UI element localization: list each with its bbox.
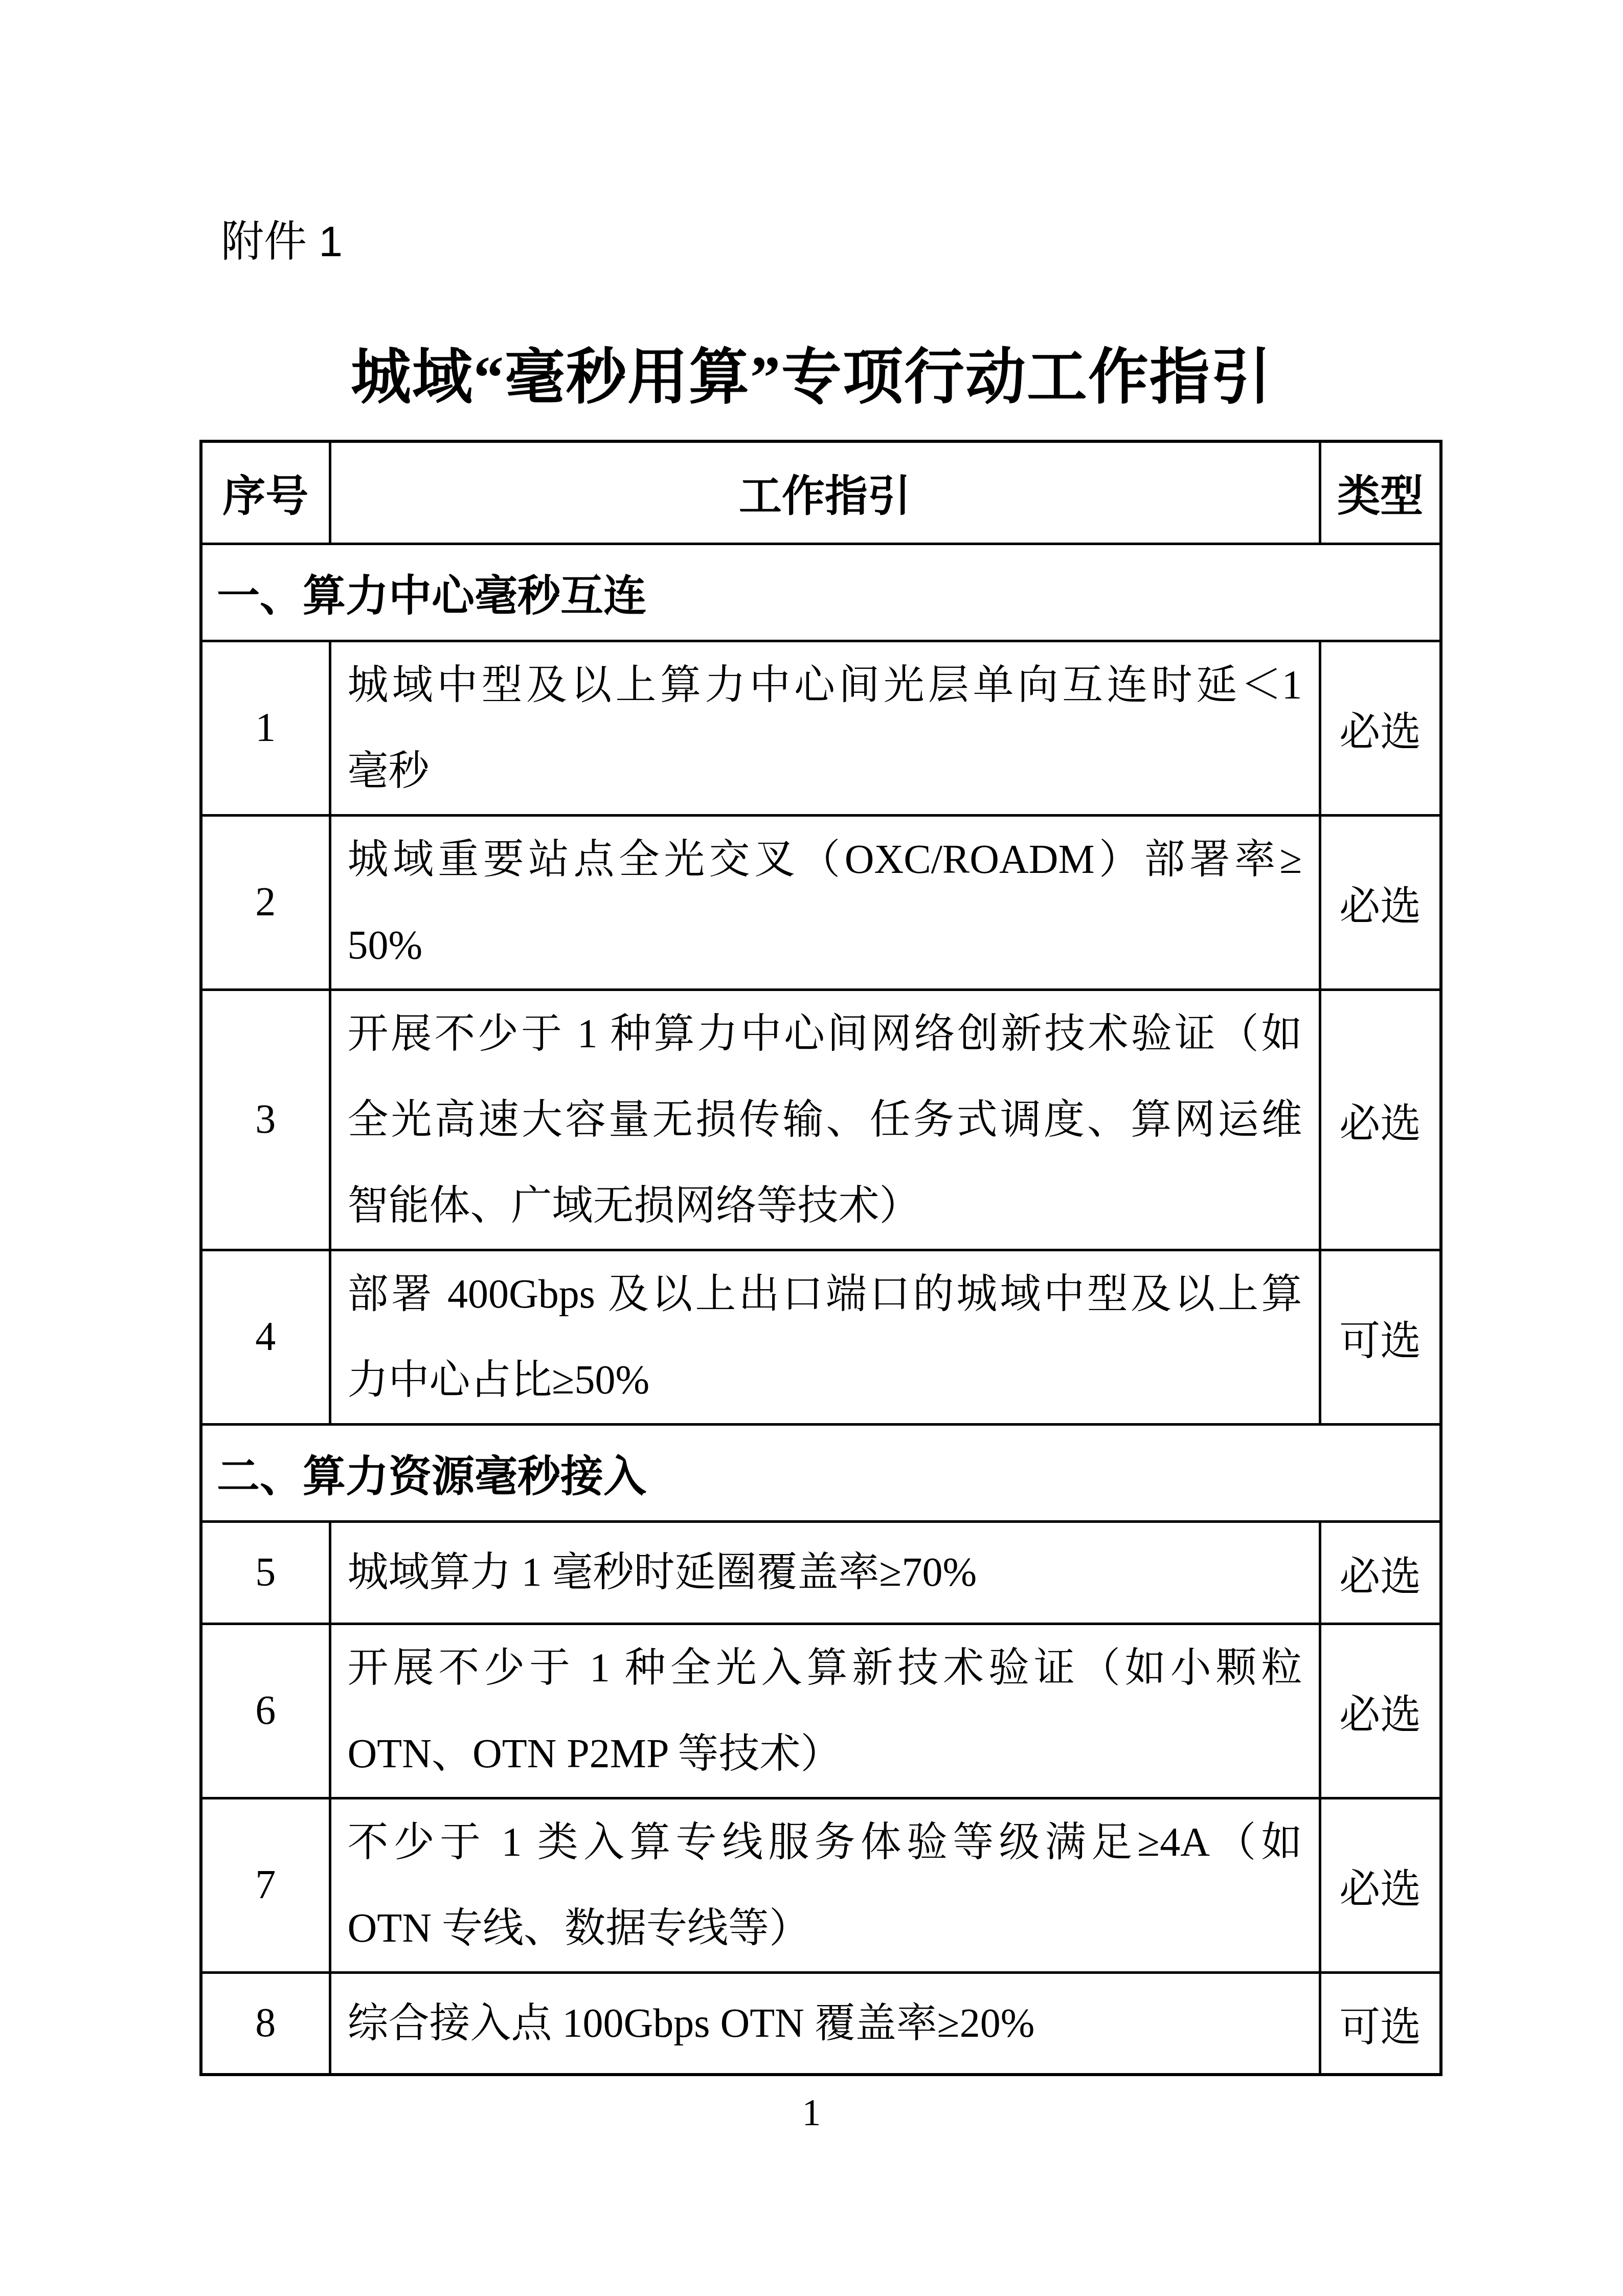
guideline-text-line: 力中心占比≥50% bbox=[348, 1337, 1302, 1423]
document-page: 附件 1 城域“毫秒用算”专项行动工作指引 序号 工作指引 类型 一、算力中心毫… bbox=[0, 0, 1623, 2296]
header-work-guideline: 工作指引 bbox=[330, 441, 1320, 544]
row-number-cell: 8 bbox=[201, 1972, 330, 2075]
type-cell: 必选 bbox=[1320, 1624, 1441, 1798]
attachment-label: 附件 1 bbox=[221, 218, 343, 265]
guideline-row: 8综合接入点 100Gbps OTN 覆盖率≥20%可选 bbox=[201, 1972, 1441, 2075]
type-cell: 必选 bbox=[1320, 1521, 1441, 1624]
row-number-cell: 5 bbox=[201, 1521, 330, 1624]
guideline-text-line: 50% bbox=[348, 903, 1302, 988]
guideline-text-line: 城域算力 1 毫秒时延圈覆盖率≥70% bbox=[348, 1529, 1302, 1615]
section-row: 一、算力中心毫秒互连 bbox=[201, 544, 1441, 641]
row-number-cell: 3 bbox=[201, 989, 330, 1250]
type-cell: 可选 bbox=[1320, 1972, 1441, 2075]
header-type: 类型 bbox=[1320, 441, 1441, 544]
guideline-text-line: 不少于 1 类入算专线服务体验等级满足≥4A（如 bbox=[348, 1799, 1302, 1885]
header-serial-number: 序号 bbox=[201, 441, 330, 544]
row-number-cell: 7 bbox=[201, 1798, 330, 1972]
type-cell: 可选 bbox=[1320, 1250, 1441, 1424]
page-number: 1 bbox=[0, 2091, 1623, 2135]
guideline-table: 序号 工作指引 类型 一、算力中心毫秒互连1城域中型及以上算力中心间光层单向互连… bbox=[199, 440, 1442, 2076]
type-cell: 必选 bbox=[1320, 1798, 1441, 1972]
section-title: 二、算力资源毫秒接入 bbox=[201, 1424, 1441, 1521]
table-header-row: 序号 工作指引 类型 bbox=[201, 441, 1441, 544]
guideline-text-cell: 城域中型及以上算力中心间光层单向互连时延＜1毫秒 bbox=[330, 641, 1320, 815]
guideline-row: 2城域重要站点全光交叉（OXC/ROADM）部署率≥50%必选 bbox=[201, 815, 1441, 989]
guideline-row: 5城域算力 1 毫秒时延圈覆盖率≥70%必选 bbox=[201, 1521, 1441, 1624]
guideline-text-cell: 城域算力 1 毫秒时延圈覆盖率≥70% bbox=[330, 1521, 1320, 1624]
section-row: 二、算力资源毫秒接入 bbox=[201, 1424, 1441, 1521]
row-number-cell: 4 bbox=[201, 1250, 330, 1424]
guideline-row: 7不少于 1 类入算专线服务体验等级满足≥4A（如OTN 专线、数据专线等）必选 bbox=[201, 1798, 1441, 1972]
type-cell: 必选 bbox=[1320, 989, 1441, 1250]
guideline-text-line: 智能体、广域无损网络等技术） bbox=[348, 1163, 1302, 1249]
row-number-cell: 6 bbox=[201, 1624, 330, 1798]
guideline-text-line: 城域重要站点全光交叉（OXC/ROADM）部署率≥ bbox=[348, 817, 1302, 903]
guideline-text-line: 城域中型及以上算力中心间光层单向互连时延＜1 bbox=[348, 642, 1302, 728]
guideline-row: 1城域中型及以上算力中心间光层单向互连时延＜1毫秒必选 bbox=[201, 641, 1441, 815]
guideline-text-line: 开展不少于 1 种全光入算新技术验证（如小颗粒 bbox=[348, 1625, 1302, 1711]
guideline-text-cell: 综合接入点 100Gbps OTN 覆盖率≥20% bbox=[330, 1972, 1320, 2075]
guideline-row: 4部署 400Gbps 及以上出口端口的城域中型及以上算力中心占比≥50%可选 bbox=[201, 1250, 1441, 1424]
guideline-text-line: OTN、OTN P2MP 等技术） bbox=[348, 1711, 1302, 1797]
guideline-text-cell: 开展不少于 1 种算力中心间网络创新技术验证（如全光高速大容量无损传输、任务式调… bbox=[330, 989, 1320, 1250]
section-title: 一、算力中心毫秒互连 bbox=[201, 544, 1441, 641]
guideline-text-line: 开展不少于 1 种算力中心间网络创新技术验证（如 bbox=[348, 991, 1302, 1077]
guideline-text-cell: 不少于 1 类入算专线服务体验等级满足≥4A（如OTN 专线、数据专线等） bbox=[330, 1798, 1320, 1972]
document-title: 城域“毫秒用算”专项行动工作指引 bbox=[0, 339, 1623, 417]
row-number-cell: 2 bbox=[201, 815, 330, 989]
guideline-text-line: OTN 专线、数据专线等） bbox=[348, 1885, 1302, 1971]
guideline-row: 6开展不少于 1 种全光入算新技术验证（如小颗粒OTN、OTN P2MP 等技术… bbox=[201, 1624, 1441, 1798]
type-cell: 必选 bbox=[1320, 641, 1441, 815]
guideline-text-line: 综合接入点 100Gbps OTN 覆盖率≥20% bbox=[348, 1980, 1302, 2066]
guideline-row: 3开展不少于 1 种算力中心间网络创新技术验证（如全光高速大容量无损传输、任务式… bbox=[201, 989, 1441, 1250]
guideline-text-line: 毫秒 bbox=[348, 728, 1302, 814]
row-number-cell: 1 bbox=[201, 641, 330, 815]
guideline-text-cell: 部署 400Gbps 及以上出口端口的城域中型及以上算力中心占比≥50% bbox=[330, 1250, 1320, 1424]
guideline-text-cell: 城域重要站点全光交叉（OXC/ROADM）部署率≥50% bbox=[330, 815, 1320, 989]
type-cell: 必选 bbox=[1320, 815, 1441, 989]
guideline-text-cell: 开展不少于 1 种全光入算新技术验证（如小颗粒OTN、OTN P2MP 等技术） bbox=[330, 1624, 1320, 1798]
guideline-text-line: 全光高速大容量无损传输、任务式调度、算网运维 bbox=[348, 1077, 1302, 1163]
guideline-text-line: 部署 400Gbps 及以上出口端口的城域中型及以上算 bbox=[348, 1251, 1302, 1337]
